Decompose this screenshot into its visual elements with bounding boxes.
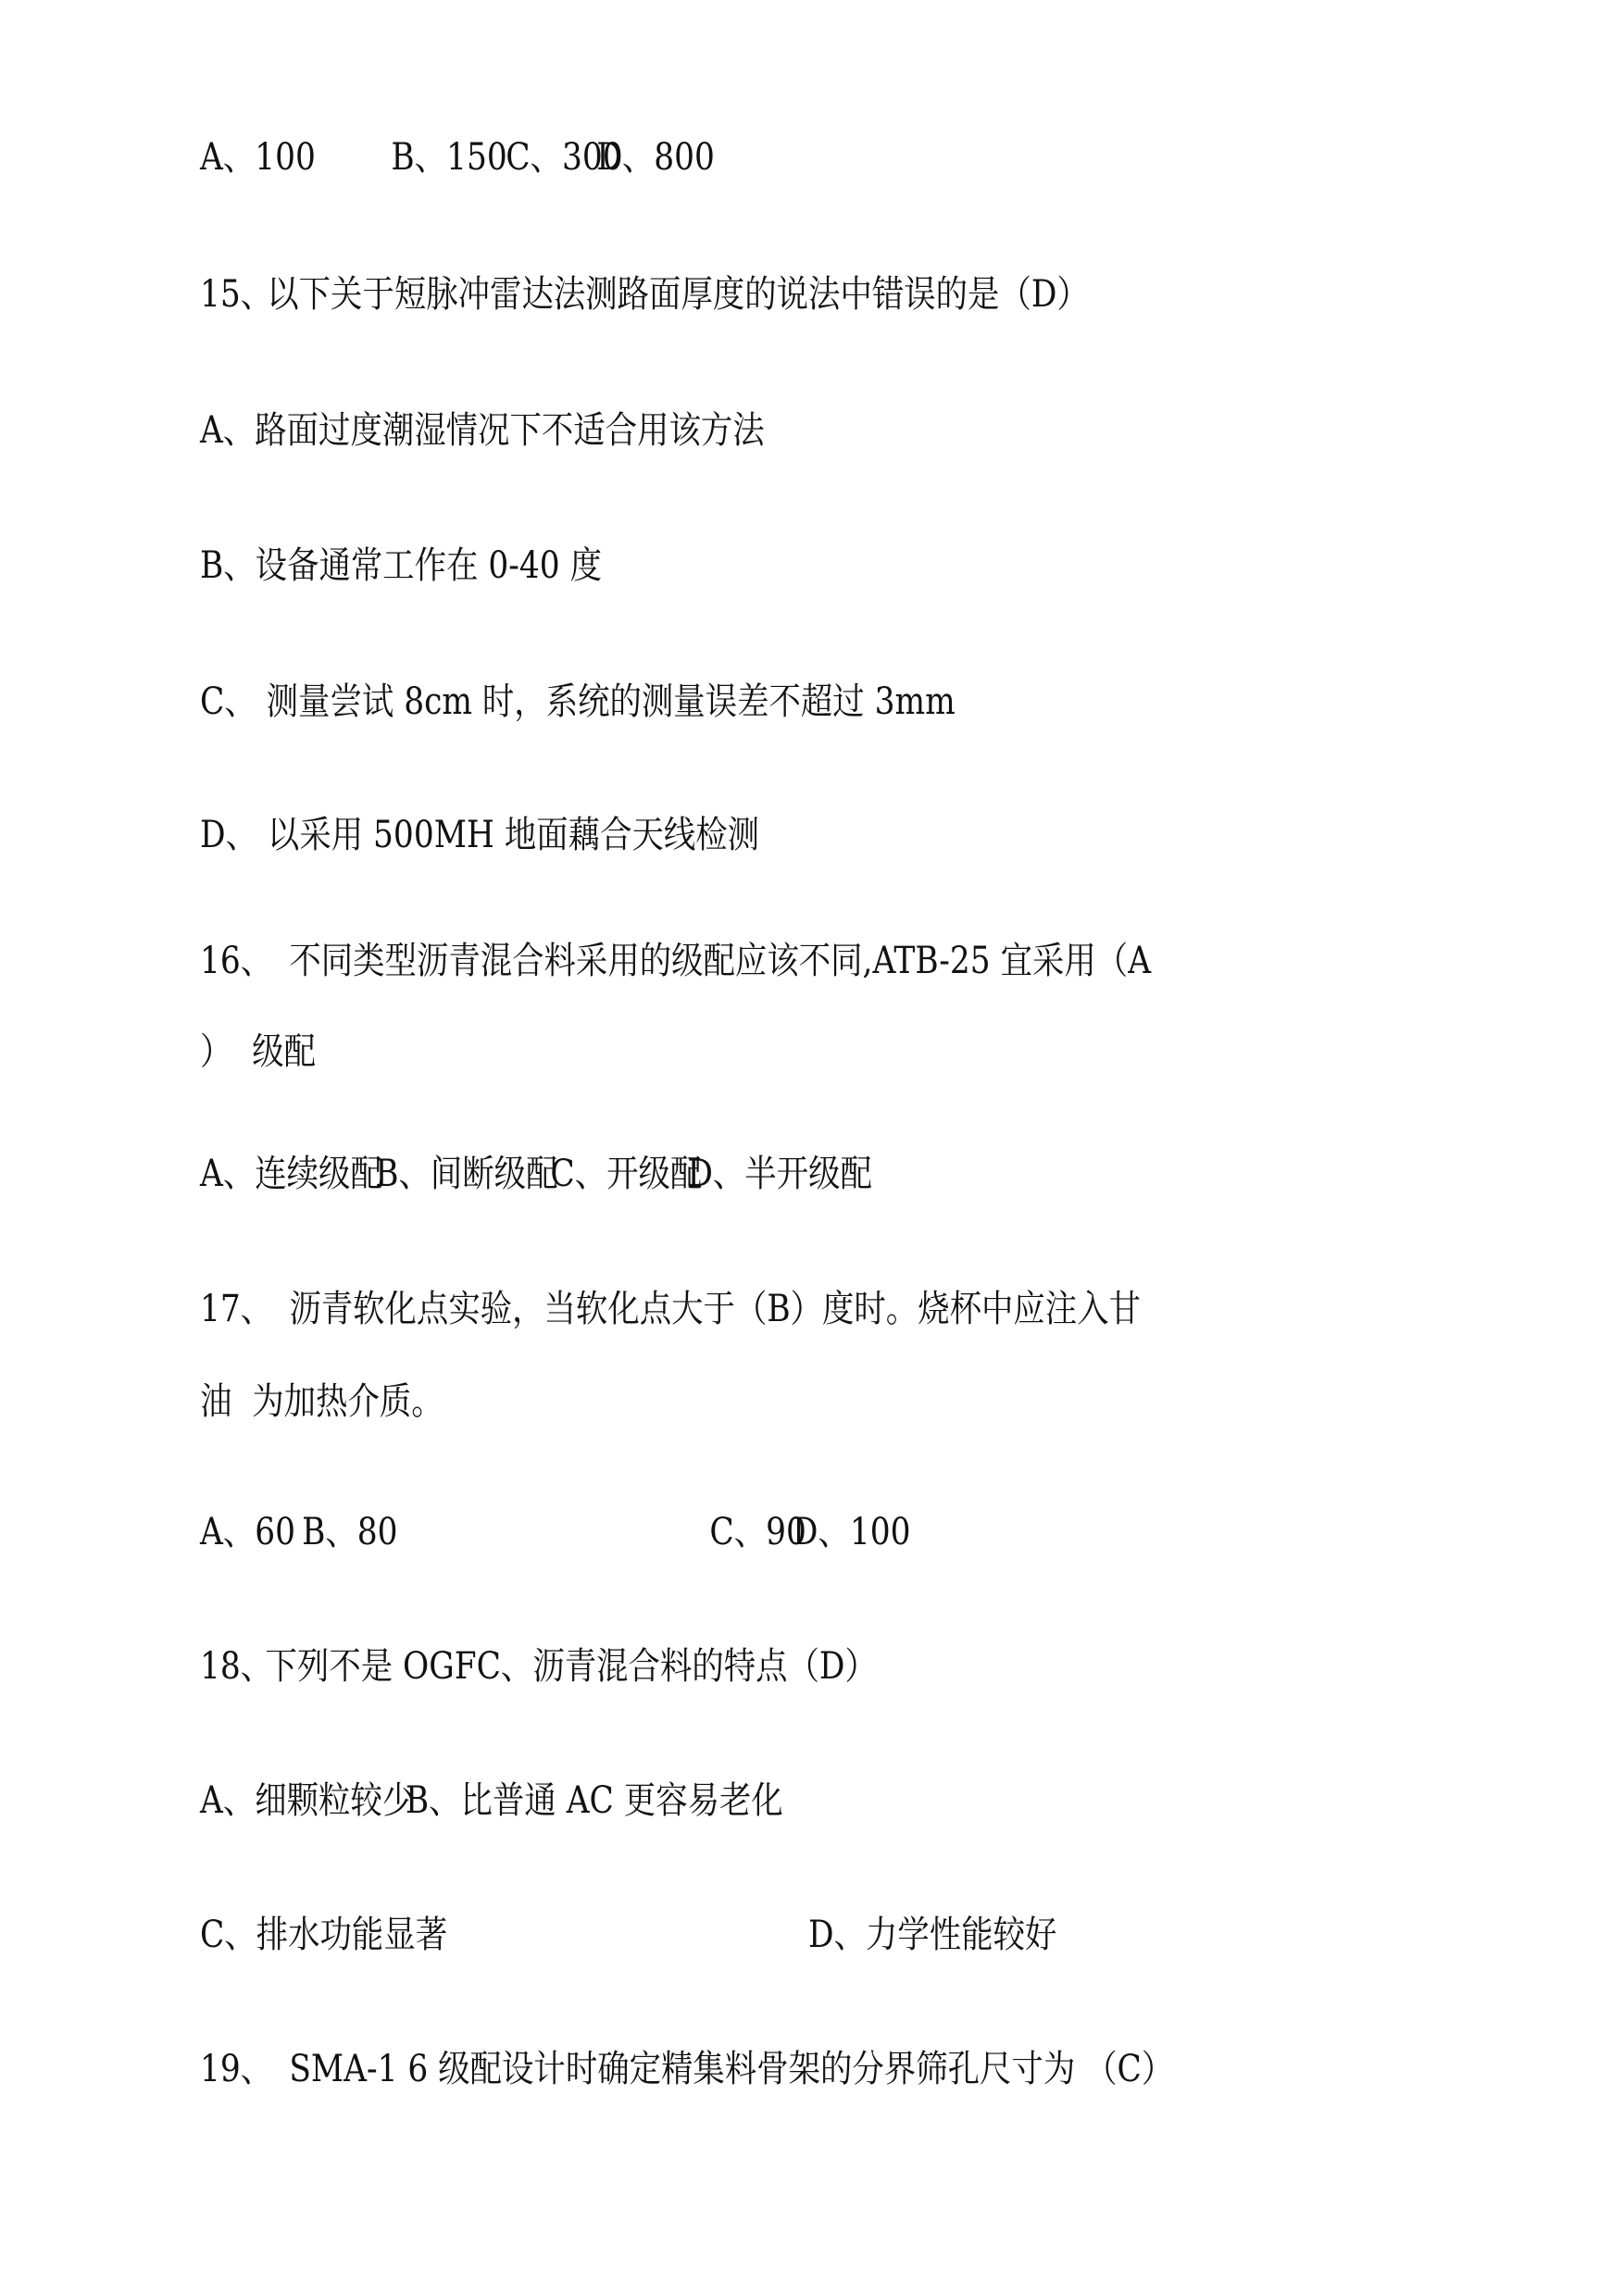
q14-option-a: A、100: [200, 135, 316, 180]
q19-stem: SMA-1 6 级配设计时确定精集料骨架的分界筛孔尺寸为 （C）: [289, 2047, 1173, 2091]
q17-stem-part1: 沥青软化点实验，当软化点大于（B）度时。烧杯中应注入甘: [289, 1287, 1141, 1331]
q14-option-b: B、150: [391, 135, 506, 180]
q16-option-c: C、开级配: [550, 1152, 702, 1196]
q16-stem-line2: ） 级配: [200, 1029, 316, 1074]
q17-option-b: B、80: [302, 1510, 397, 1554]
q18-option-a: A、细颗粒较少: [200, 1778, 414, 1823]
q18-option-b: B、比普通 AC 更容易老化: [406, 1778, 783, 1823]
q19-stem-line: 19、 SMA-1 6 级配设计时确定精集料骨架的分界筛孔尺寸为 （C）: [200, 2047, 241, 2225]
q17-stem-line1: 17、 沥青软化点实验，当软化点大于（B）度时。烧杯中应注入甘: [200, 1287, 241, 1465]
q15-option-d: D、 以采用 500MH 地面藕合天线检测: [200, 813, 759, 857]
q14-option-d: D、800: [596, 135, 715, 180]
q15-stem: 以下关于短脉冲雷达法测路面厚度的说法中错误的是（D）: [267, 272, 1089, 317]
q16-option-a: A、连续级配: [200, 1152, 382, 1196]
q18-stem: 下列不是 OGFC、沥青混合料的特点（D）: [266, 1644, 877, 1689]
q16-option-d: D、半开级配: [687, 1152, 872, 1196]
q18-number: 18、: [200, 1644, 272, 1689]
q18-option-d: D、力学性能较好: [808, 1913, 1056, 1957]
q17-option-d: D、100: [793, 1510, 911, 1554]
document-page: A、100 B、150 C、300 D、800 15、 以下关于短脉冲雷达法测路…: [0, 0, 1624, 2295]
q19-number: 19、: [200, 2047, 272, 2091]
q16-option-b: B、间断级配: [375, 1152, 557, 1196]
q17-number: 17、: [200, 1287, 272, 1331]
q17-stem-line2: 油 为加热介质。: [200, 1379, 443, 1424]
q15-option-b: B、设备通常工作在 0-40 度: [200, 543, 602, 588]
q16-stem-line1: 16、 不同类型沥青混合料采用的级配应该不同,ATB-25 宜采用（A: [200, 939, 241, 1116]
q17-option-a: A、60: [200, 1510, 295, 1554]
q16-number: 16、: [200, 939, 272, 983]
q16-stem-part1: 不同类型沥青混合料采用的级配应该不同,ATB-25 宜采用（A: [289, 939, 1151, 983]
q15-option-a: A、路面过度潮湿情况下不适合用该方法: [200, 408, 765, 453]
q15-number: 15、: [200, 272, 272, 317]
q18-option-c: C、排水功能显著: [200, 1913, 447, 1957]
q15-option-c: C、 测量尝试 8cm 时，系统的测量误差不超过 3mm: [200, 680, 956, 724]
